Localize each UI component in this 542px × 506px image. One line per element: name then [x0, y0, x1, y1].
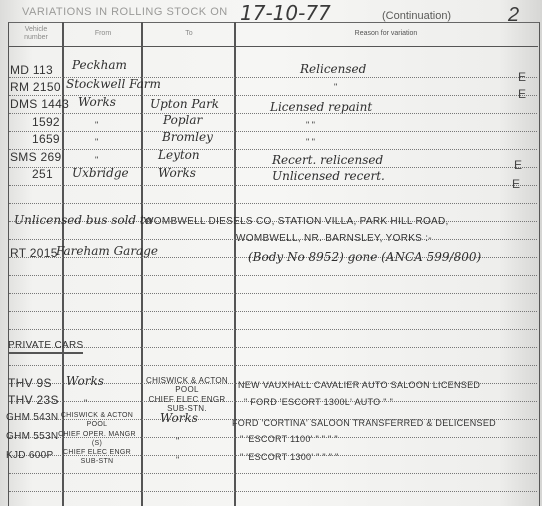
- vehicle-number: GHM 543N: [6, 412, 58, 423]
- ruled-line: [9, 365, 537, 366]
- from-location: Fareham Garage: [56, 244, 158, 258]
- column-header-from: From: [64, 30, 142, 38]
- sold-note-address-2: WOMBWELL, NR. BARNSLEY, YORKS :-: [236, 233, 432, 244]
- ruled-line: [9, 275, 537, 276]
- ruled-line: [9, 293, 537, 294]
- flag: E: [512, 177, 520, 191]
- vehicle-number: THV 9S: [8, 376, 52, 390]
- from-location: Works: [78, 95, 116, 109]
- ruled-line: [9, 473, 537, 474]
- to-location: Works: [160, 411, 198, 425]
- variation-reason: " ": [306, 120, 315, 130]
- from-location: CHIEF ELEC ENGR SUB-STN: [56, 448, 138, 466]
- column-header-to: To: [143, 30, 235, 38]
- flag: E: [518, 87, 526, 101]
- vehicle-number: RT 2015: [10, 246, 58, 260]
- from-location: ": [84, 398, 87, 408]
- vehicle-number: GHM 553N: [6, 431, 58, 442]
- vehicle-number: THV 23S: [8, 393, 59, 407]
- variation-reason: " 'ESCORT 1300' " " " ": [240, 452, 339, 462]
- sold-note-address-1: WOMBWELL DIESELS Co, STATION VILLA, PARK…: [144, 216, 449, 227]
- variation-reason: " FORD 'ESCORT 1300L' AUTO " ": [244, 397, 393, 407]
- to-location: Works: [158, 166, 196, 180]
- from-location: Peckham: [72, 58, 127, 72]
- from-location: ": [95, 137, 98, 147]
- variation-reason: Relicensed: [300, 62, 366, 76]
- from-location: CHISWICK & ACTON POOL: [56, 411, 138, 429]
- column-header-vehicle: Vehicle number: [12, 26, 60, 42]
- flag: E: [518, 70, 526, 84]
- vehicle-number: 1592: [32, 115, 60, 129]
- variation-reason: New VAUXHALL CAVALIER AUTO SALOON licens…: [238, 380, 480, 390]
- variation-reason: Recert. relicensed: [272, 153, 383, 167]
- vehicle-number: MD 113: [10, 63, 53, 77]
- sold-note-body-detail: (Body No 8952) gone (ANCA 599/800): [248, 250, 481, 264]
- from-location: Works: [66, 374, 104, 388]
- vehicle-number: 251: [32, 167, 53, 181]
- to-location: ": [176, 455, 179, 465]
- vehicle-number: DMS 1443: [10, 97, 69, 111]
- to-location: Leyton: [158, 148, 200, 162]
- to-location: Poplar: [163, 113, 202, 127]
- flag: E: [514, 158, 522, 172]
- variation-reason: ": [334, 82, 337, 92]
- ruled-line: [9, 203, 537, 204]
- variation-reason: FORD 'CORTINA' SALOON transferred & deli…: [232, 418, 496, 428]
- variation-reason: " ": [306, 137, 315, 147]
- ruled-line: [9, 149, 537, 150]
- table-header: Vehicle number From To Reason for variat…: [8, 22, 538, 47]
- form-title: VARIATIONS IN ROLLING STOCK ON: [22, 6, 228, 18]
- to-location: CHISWICK & ACTON POOL: [142, 376, 232, 394]
- vehicle-number: RM 2150: [10, 80, 61, 94]
- vehicle-number: SMS 269: [10, 150, 61, 164]
- ruled-line: [9, 311, 537, 312]
- from-location: Uxbridge: [72, 166, 129, 180]
- to-location: ": [176, 436, 179, 446]
- section-heading-private-cars: PRIVATE CARS: [8, 340, 83, 354]
- variation-reason: Licensed repaint: [270, 100, 372, 114]
- ruled-line: [9, 131, 537, 132]
- from-location: Stockwell Farm: [66, 77, 161, 91]
- column-header-reason: Reason for variation: [236, 30, 536, 38]
- ruled-line: [9, 185, 537, 186]
- ruled-line: [9, 347, 537, 348]
- from-location: ": [95, 155, 98, 165]
- to-location: Upton Park: [150, 97, 219, 111]
- ruled-line: [9, 329, 537, 330]
- from-location: ": [95, 120, 98, 130]
- to-location: Bromley: [162, 130, 213, 144]
- ruled-line: [9, 491, 537, 492]
- vehicle-number: KJD 600P: [6, 450, 53, 461]
- continuation-label: (Continuation): [382, 10, 451, 22]
- vehicle-number: 1659: [32, 132, 60, 146]
- from-location: CHIEF OPER. MANGR (S): [56, 430, 138, 448]
- document-page: VARIATIONS IN ROLLING STOCK ON 17-10-77 …: [0, 0, 542, 506]
- variation-reason: Unlicensed recert.: [272, 169, 385, 183]
- sold-note-handwritten: Unlicensed bus sold to: [14, 213, 152, 227]
- variation-reason: " 'ESCORT 1100' " " " ": [240, 434, 338, 444]
